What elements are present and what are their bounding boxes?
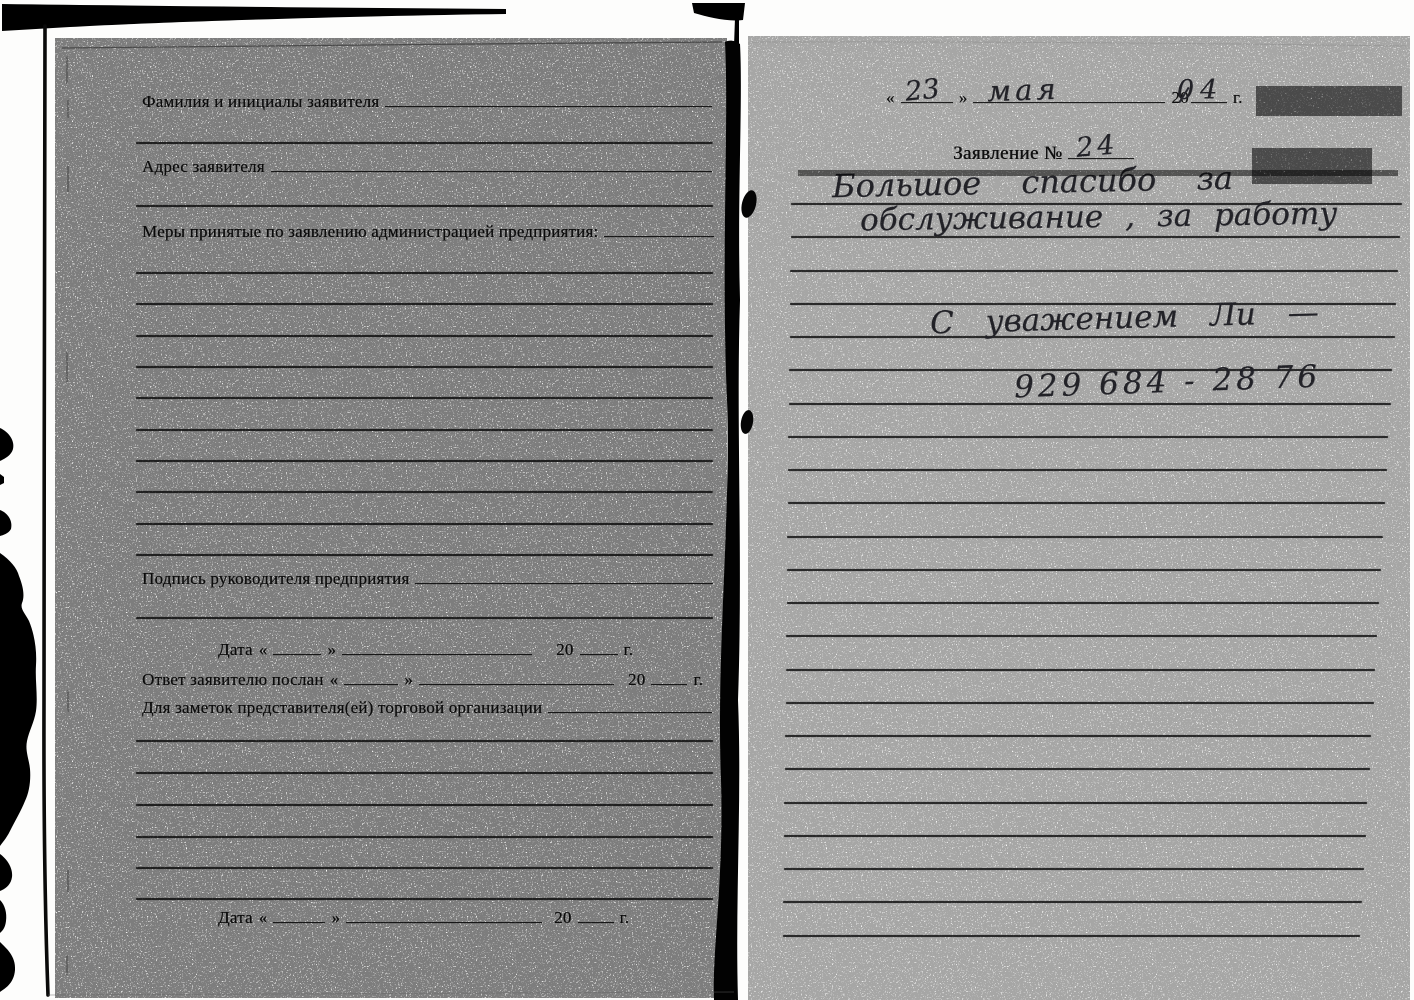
year-writing-line bbox=[578, 905, 614, 923]
ruled-line bbox=[136, 460, 713, 462]
ruled-line bbox=[136, 523, 713, 525]
notes-writing-line bbox=[548, 695, 712, 713]
year-suffix: г. bbox=[620, 908, 630, 928]
ink-blob bbox=[0, 474, 4, 485]
year-suffix: г. bbox=[693, 670, 703, 690]
ruled-line bbox=[784, 802, 1367, 804]
month-writing-line bbox=[342, 637, 532, 655]
measures-row: Меры принятые по заявлению администрацие… bbox=[142, 219, 714, 242]
scanned-document-spread: Фамилия и инициалы заявителя Адрес заяви… bbox=[0, 0, 1414, 1000]
open-quote: « bbox=[330, 670, 339, 690]
date-row-top: Дата « » 20 г. bbox=[218, 637, 633, 660]
page-top-edge bbox=[752, 42, 1406, 46]
year-writing-line: 04 bbox=[1191, 85, 1227, 103]
applicant-name-row: Фамилия и инициалы заявителя bbox=[142, 89, 712, 112]
date-label: Дата bbox=[218, 640, 253, 660]
scanner-edge-bar bbox=[2, 4, 506, 31]
page-top-edge bbox=[62, 42, 722, 48]
ink-blob bbox=[0, 900, 6, 933]
year-prefix: 20 bbox=[554, 908, 571, 928]
page-bottom-edge bbox=[48, 992, 734, 995]
ruled-line bbox=[786, 635, 1377, 637]
month-writing-line: мая bbox=[973, 85, 1165, 103]
ink-blob-large bbox=[0, 553, 37, 846]
ink-blob bbox=[0, 510, 11, 536]
ruled-line bbox=[783, 935, 1360, 937]
director-signature-row: Подпись руководителя предприятия bbox=[142, 566, 713, 589]
ruled-line bbox=[789, 403, 1391, 405]
binding-blob bbox=[739, 189, 759, 220]
ink-blob bbox=[0, 942, 15, 992]
ghost-text-patch bbox=[1256, 86, 1402, 116]
handwriting-phone-number: 929 684 - 28 76 bbox=[1013, 359, 1321, 406]
ruled-line bbox=[136, 397, 713, 399]
page-edge-line bbox=[44, 26, 48, 995]
ruled-line bbox=[136, 429, 713, 431]
year-suffix: г. bbox=[624, 640, 634, 660]
ruled-line bbox=[787, 602, 1379, 604]
close-quote: » bbox=[331, 908, 340, 928]
ruled-line bbox=[788, 469, 1387, 471]
year-prefix: 20 bbox=[556, 640, 573, 660]
day-writing-line bbox=[344, 667, 398, 685]
close-quote: » bbox=[327, 640, 336, 660]
year-writing-line bbox=[651, 667, 687, 685]
open-quote: « bbox=[886, 88, 895, 108]
ruled-line bbox=[790, 270, 1398, 272]
day-writing-line: 23 bbox=[901, 85, 953, 103]
ruled-line bbox=[136, 366, 713, 368]
ruled-line bbox=[784, 835, 1366, 837]
ruled-line bbox=[784, 868, 1364, 870]
ruled-line bbox=[136, 836, 713, 838]
margin-dashes bbox=[67, 56, 68, 975]
handwriting-closing: С уважением Ли — bbox=[930, 295, 1319, 342]
measures-label: Меры принятые по заявлению администрацие… bbox=[142, 222, 598, 242]
ruled-line bbox=[136, 272, 713, 274]
close-quote: » bbox=[404, 670, 413, 690]
ruled-line bbox=[136, 772, 713, 774]
ink-blob bbox=[0, 428, 13, 461]
month-writing-line bbox=[346, 905, 542, 923]
ruled-line bbox=[787, 536, 1383, 538]
ink-blob bbox=[0, 854, 12, 891]
ruled-line bbox=[785, 735, 1371, 737]
day-writing-line bbox=[273, 905, 325, 923]
date-label: Дата bbox=[218, 908, 253, 928]
ruled-line bbox=[783, 901, 1362, 903]
applicant-address-label: Адрес заявителя bbox=[142, 157, 265, 177]
left-page-scan-noise bbox=[55, 38, 727, 998]
director-signature-writing-line bbox=[415, 566, 713, 584]
ruled-line bbox=[136, 303, 713, 305]
date-row-bottom: Дата « » 20 г. bbox=[218, 905, 629, 928]
open-quote: « bbox=[259, 908, 268, 928]
applicant-address-row: Адрес заявителя bbox=[142, 154, 712, 177]
ruled-line bbox=[136, 205, 713, 207]
director-signature-label: Подпись руководителя предприятия bbox=[142, 569, 409, 589]
handwriting-line-2: обслуживание , за работу bbox=[860, 196, 1338, 239]
ruled-line bbox=[136, 491, 713, 493]
ruled-line bbox=[136, 740, 713, 742]
ruled-line bbox=[787, 569, 1381, 571]
ruled-line bbox=[136, 617, 713, 619]
ruled-line bbox=[136, 142, 713, 144]
ruled-line bbox=[136, 867, 713, 869]
year-prefix: 20 bbox=[628, 670, 645, 690]
ruled-line bbox=[788, 436, 1388, 438]
reply-sent-label: Ответ заявителю послан bbox=[142, 670, 324, 690]
scan-artifacts bbox=[0, 0, 1414, 1000]
binding-strip bbox=[714, 41, 741, 1000]
ruled-line bbox=[785, 768, 1370, 770]
handwritten-year: 04 bbox=[1177, 75, 1223, 106]
close-quote: » bbox=[959, 88, 968, 108]
handwritten-statement-number: 24 bbox=[1075, 130, 1120, 165]
ruled-line bbox=[136, 554, 713, 556]
handwritten-day: 23 bbox=[903, 74, 941, 108]
year-suffix: г. bbox=[1233, 88, 1243, 108]
year-writing-line bbox=[580, 637, 618, 655]
binding-blob bbox=[739, 409, 755, 435]
statement-number-writing-line: 24 bbox=[1068, 139, 1134, 159]
ruled-line bbox=[136, 804, 713, 806]
ruled-line bbox=[786, 669, 1375, 671]
applicant-name-writing-line bbox=[385, 89, 712, 107]
reply-sent-row: Ответ заявителю послан « » 20 г. bbox=[142, 667, 703, 690]
notes-label: Для заметок представителя(ей) торговой о… bbox=[142, 698, 542, 718]
applicant-address-writing-line bbox=[271, 154, 712, 172]
notes-row: Для заметок представителя(ей) торговой о… bbox=[142, 695, 712, 718]
statement-date-row: « 23 » мая 20 04 г. bbox=[886, 85, 1243, 108]
ruled-line bbox=[136, 335, 713, 337]
ruled-line bbox=[136, 898, 713, 900]
measures-writing-line bbox=[604, 219, 714, 237]
binding-top-connector bbox=[734, 18, 739, 46]
ink-blob-top bbox=[692, 3, 745, 20]
open-quote: « bbox=[259, 640, 268, 660]
day-writing-line bbox=[273, 637, 321, 655]
month-writing-line bbox=[419, 667, 614, 685]
ruled-line bbox=[788, 502, 1385, 504]
applicant-name-label: Фамилия и инициалы заявителя bbox=[142, 92, 379, 112]
ghost-text-patch bbox=[1252, 148, 1372, 184]
ruled-line bbox=[786, 702, 1374, 704]
handwritten-month: мая bbox=[987, 72, 1061, 109]
